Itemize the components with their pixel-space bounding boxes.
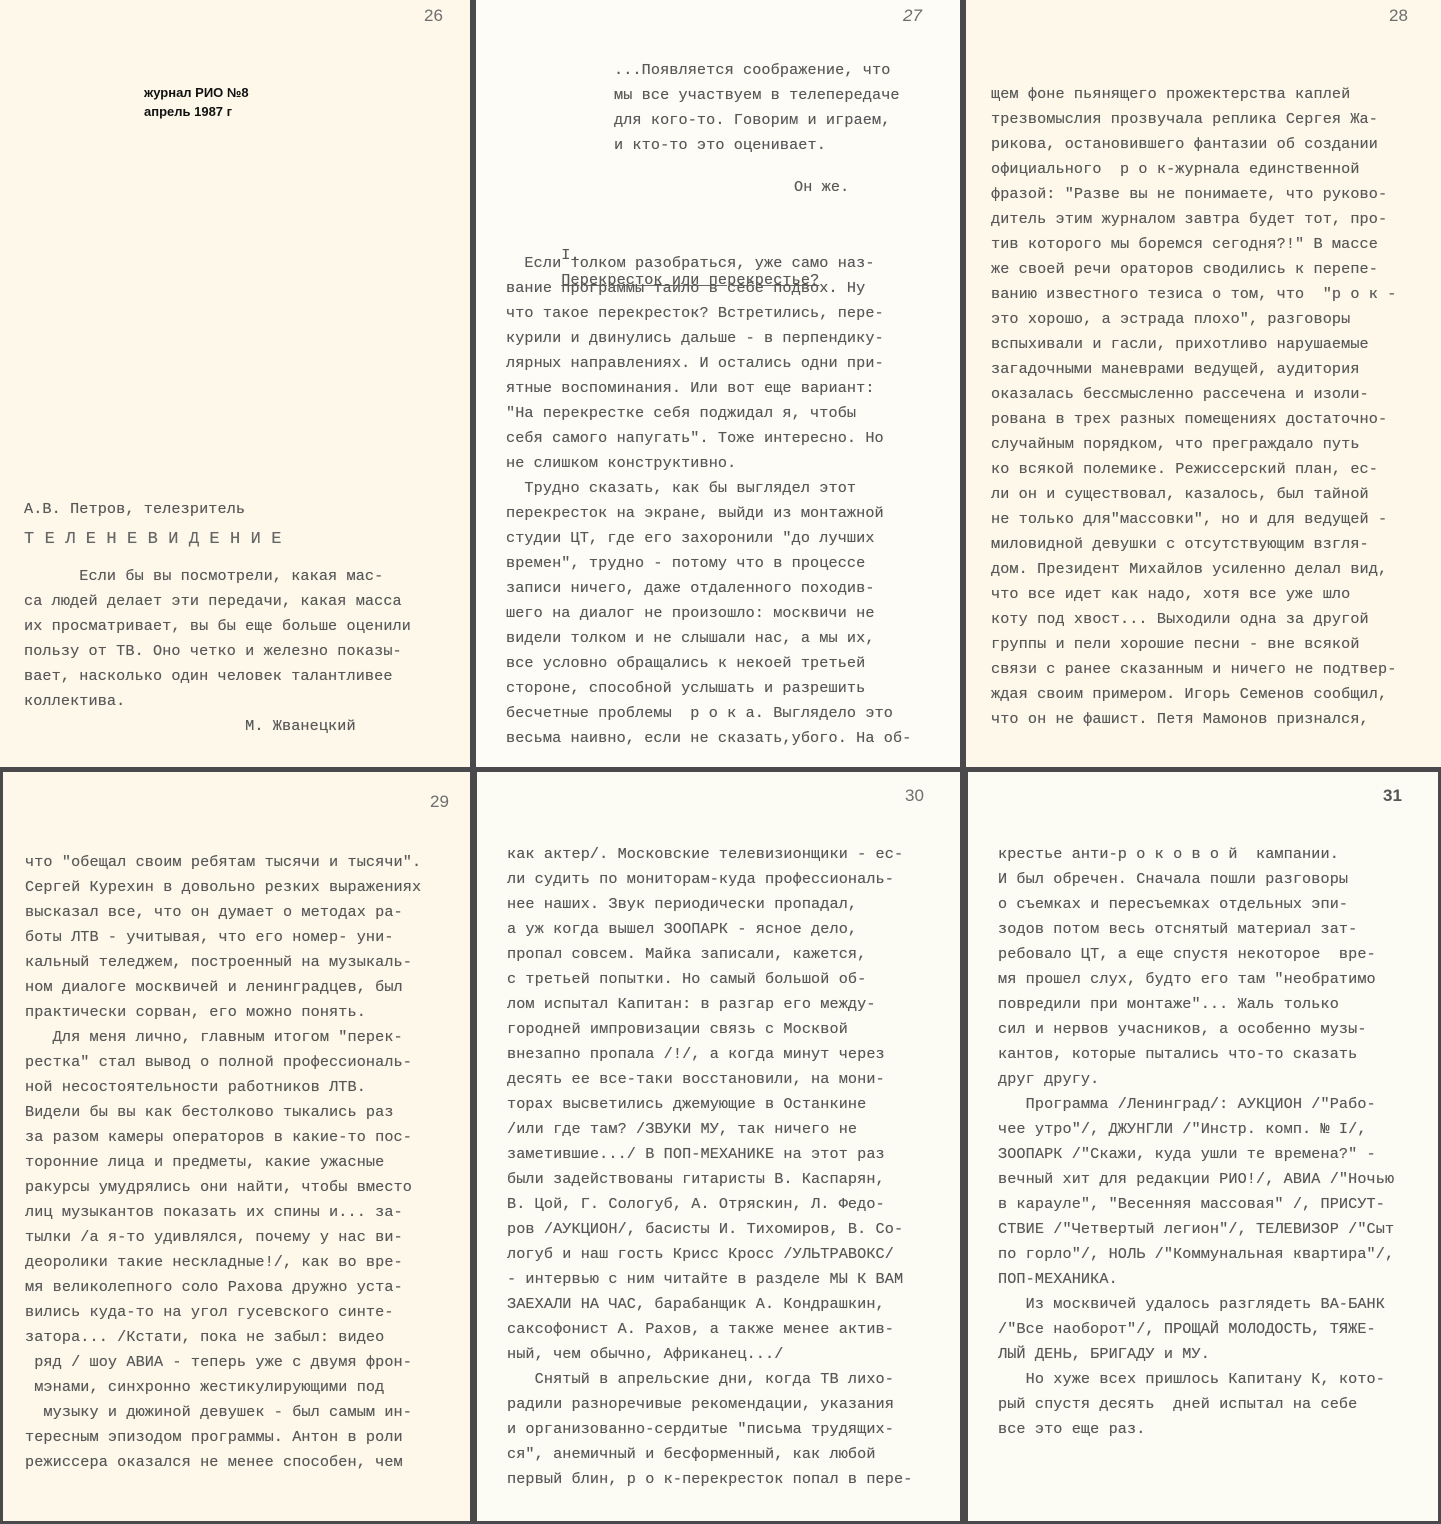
text-line: СТВИЕ /"Четвертый легион"/, ТЕЛЕВИЗОР /"… <box>998 1217 1394 1242</box>
page-28: 28 щем фоне пьянящего прожектерства капл… <box>966 0 1441 767</box>
body-text: Если толком разобраться, уже само наз-ва… <box>506 251 911 751</box>
text-line: В. Цой, Г. Сологуб, А. Отряскин, Л. Федо… <box>507 1192 912 1217</box>
text-line: ребовало ЦТ, а еще спустя некоторое вре- <box>998 942 1394 967</box>
text-line: вает, насколько один человек талантливее <box>24 664 411 689</box>
text-line: ли он и существовал, казалось, был тайно… <box>991 482 1396 507</box>
text-line: практически сорван, его можно понять. <box>25 1000 421 1025</box>
text-line: не слишком конструктивно. <box>506 451 911 476</box>
text-line: себя самого напугать". Тоже интересно. Н… <box>506 426 911 451</box>
text-line: за разом камеры операторов в какие-то по… <box>25 1125 421 1150</box>
text-line: ПОП-МЕХАНИКА. <box>998 1267 1394 1292</box>
text-line: лярных направлениях. И остались одни при… <box>506 351 911 376</box>
text-line: первый блин, р о к-перекресток попал в п… <box>507 1467 912 1492</box>
text-line: лом испытал Капитан: в разгар его между- <box>507 992 912 1017</box>
text-line: с третьей попытки. Но самый большой об- <box>507 967 912 992</box>
text-line: кантов, которые пытались что-то сказать <box>998 1042 1394 1067</box>
text-line: боты ЛТВ - учитывая, что его номер- уни- <box>25 925 421 950</box>
text-line: тылки /а я-то удивлялся, почему у нас ви… <box>25 1225 421 1250</box>
text-line: рикова, остановившего фантазии об создан… <box>991 132 1396 157</box>
text-line: коллектива. <box>24 689 411 714</box>
text-line: вание программы таило в себе подвох. Ну <box>506 276 911 301</box>
text-line: внезапно пропала /!/, а когда минут чере… <box>507 1042 912 1067</box>
text-line: весьма наивно, если не сказать,убого. На… <box>506 726 911 751</box>
journal-date: апрель 1987 г <box>144 102 249 121</box>
text-line: мэнами, синхронно жестикулирующими под <box>25 1375 421 1400</box>
text-line: Программа /Ленинград/: АУКЦИОН /"Рабо- <box>998 1092 1394 1117</box>
text-line: торонние лица и предметы, какие ужасные <box>25 1150 421 1175</box>
text-line: саксофонист А. Рахов, а также менее акти… <box>507 1317 912 1342</box>
text-line: курили и двинулись дальше - в перпендику… <box>506 326 911 351</box>
text-line: пропал совсем. Майка записали, кажется, <box>507 942 912 967</box>
text-line: тив которого мы боремся сегодня?!" В мас… <box>991 232 1396 257</box>
text-line: дом. Президент Михайлов усиленно делал в… <box>991 557 1396 582</box>
page-number: 31 <box>1383 786 1402 806</box>
text-line: это хорошо, а эстрада плохо", разговоры <box>991 307 1396 332</box>
quote-body: Если бы вы посмотрели, какая мас-са люде… <box>24 564 411 739</box>
text-line: вились куда-то на угол гусевского синте- <box>25 1300 421 1325</box>
text-line: ный, чем обычно, Африканец.../ <box>507 1342 912 1367</box>
text-line: И был обречен. Сначала пошли разговоры <box>998 867 1394 892</box>
text-line: записи ничего, даже отдаленного походив- <box>506 576 911 601</box>
text-line: случайным порядком, что преграждало путь <box>991 432 1396 457</box>
page-number: 28 <box>1389 6 1408 26</box>
text-line: заметившие.../ В ПОП-МЕХАНИКЕ на этот ра… <box>507 1142 912 1167</box>
text-line: нее наших. Звук периодически пропадал, <box>507 892 912 917</box>
text-line: кальный теледжем, построенный на музыкал… <box>25 950 421 975</box>
text-line: ракурсы умудрялись они найти, чтобы вмес… <box>25 1175 421 1200</box>
text-line: же своей речи ораторов сводились к переп… <box>991 257 1396 282</box>
epigraph-author: Он же. <box>794 175 849 200</box>
text-line: связи с ранее сказанным и ничего не подт… <box>991 657 1396 682</box>
text-line: Видели бы вы как бестолково тыкались раз <box>25 1100 421 1125</box>
page-29: 29 что "обещал своим ребятам тысячи и ты… <box>3 772 470 1521</box>
text-line: ЛЫЙ ДЕНЬ, БРИГАДУ и МУ. <box>998 1342 1394 1367</box>
text-line: ко всякой полемике. Режиссерский план, е… <box>991 457 1396 482</box>
text-line: фразой: "Разве вы не понимаете, что руко… <box>991 182 1396 207</box>
text-line: и организованно-сердитые "письма трудящи… <box>507 1417 912 1442</box>
text-line: мя прошел слух, будто его там "необратим… <box>998 967 1394 992</box>
text-line: ряд / шоу АВИА - теперь уже с двумя фрон… <box>25 1350 421 1375</box>
text-line: рестка" стал вывод о полной профессионал… <box>25 1050 421 1075</box>
text-line: студии ЦТ, где его захоронили "до лучших <box>506 526 911 551</box>
text-line: официального р о к-журнала единственной <box>991 157 1396 182</box>
text-line: крестье анти-р о к о в о й кампании. <box>998 842 1394 867</box>
text-line: перекресток на экране, выйди из монтажно… <box>506 501 911 526</box>
text-line: логуб и наш гость Крисс Кросс /УЛЬТРАВОК… <box>507 1242 912 1267</box>
text-line: лиц музыкантов показать их спины и... за… <box>25 1200 421 1225</box>
text-line: Снятый в апрельские дни, когда ТВ лихо- <box>507 1367 912 1392</box>
text-line: сил и нервов учасников, а особенно музы- <box>998 1017 1394 1042</box>
text-line: ся", анемичный и бесформенный, как любой <box>507 1442 912 1467</box>
text-line: Если толком разобраться, уже само наз- <box>506 251 911 276</box>
text-line: что "обещал своим ребятам тысячи и тысяч… <box>25 850 421 875</box>
text-line: ванию известного тезиса о том, что "р о … <box>991 282 1396 307</box>
text-line: радили разноречивые рекомендации, указан… <box>507 1392 912 1417</box>
text-line: музыку и дюжиной девушек - был самым ин- <box>25 1400 421 1425</box>
text-line: и кто-то это оценивает. <box>614 133 900 158</box>
text-line: Но хуже всех пришлось Капитану К, кото- <box>998 1367 1394 1392</box>
text-line: времен", трудно - потому что в процессе <box>506 551 911 576</box>
text-line: ли судить по мониторам-куда профессионал… <box>507 867 912 892</box>
text-line: тересным эпизодом программы. Антон в рол… <box>25 1425 421 1450</box>
text-line: высказал все, что он думает о методах ра… <box>25 900 421 925</box>
text-line: Если бы вы посмотрели, какая мас- <box>24 564 411 589</box>
text-line: чее утро"/, ДЖУНГЛИ /"Инстр. комп. № I/, <box>998 1117 1394 1142</box>
text-line: бесчетные проблемы р о к а. Выглядело эт… <box>506 701 911 726</box>
text-line: оказалась бессмысленно рассечена и изоли… <box>991 382 1396 407</box>
text-line: все это еще раз. <box>998 1417 1394 1442</box>
text-line: видели толком и не слышали нас, а мы их, <box>506 626 911 651</box>
text-line: "На перекрестке себя поджидал я, чтобы <box>506 401 911 426</box>
text-line: мы все участвуем в телепередаче <box>614 83 900 108</box>
page-number: 29 <box>430 792 449 812</box>
text-line: ной несостоятельности работников ЛТВ. <box>25 1075 421 1100</box>
text-line: Из москвичей удалось разглядеть ВА-БАНК <box>998 1292 1394 1317</box>
text-line: зодов потом весь отснятый материал зат- <box>998 917 1394 942</box>
body-text: что "обещал своим ребятам тысячи и тысяч… <box>25 850 421 1475</box>
text-line: как актер/. Московские телевизионщики - … <box>507 842 912 867</box>
text-line: для кого-то. Говорим и играем, <box>614 108 900 133</box>
page-number: 27 <box>903 6 922 26</box>
text-line: рый спустя десять дней испытал на себе <box>998 1392 1394 1417</box>
text-line: ном диалоге москвичей и ленинградцев, бы… <box>25 975 421 1000</box>
text-line: загадочными маневрами ведущей, аудитория <box>991 357 1396 382</box>
quote-attribution: А.В. Петров, телезритель <box>24 497 245 522</box>
text-line: М. Жванецкий <box>24 714 411 739</box>
text-line: щем фоне пьянящего прожектерства каплей <box>991 82 1396 107</box>
text-line: ЗАЕХАЛИ НА ЧАС, барабанщик А. Кондрашкин… <box>507 1292 912 1317</box>
page-27: 27 ...Появляется соображение, чтомы все … <box>476 0 960 767</box>
text-line: группы и пели хорошие песни - вне всякой <box>991 632 1396 657</box>
journal-stamp: журнал РИО №8 апрель 1987 г <box>144 83 249 121</box>
text-line: стороне, способной услышать и разрешить <box>506 676 911 701</box>
text-line: что такое перекресток? Встретились, пере… <box>506 301 911 326</box>
text-line: что он не фашист. Петя Мамонов признался… <box>991 707 1396 732</box>
attribution-line: А.В. Петров, телезритель <box>24 497 245 522</box>
text-line: а уж когда вышел ЗООПАРК - ясное дело, <box>507 917 912 942</box>
text-line: ятные воспоминания. Или вот еще вариант: <box>506 376 911 401</box>
text-line: были задействованы гитаристы В. Каспарян… <box>507 1167 912 1192</box>
text-line: друг другу. <box>998 1067 1394 1092</box>
epigraph: ...Появляется соображение, чтомы все уча… <box>614 58 900 158</box>
heading-line: Т Е Л Е Н Е В И Д Е Н И Е <box>24 527 282 552</box>
journal-title: журнал РИО №8 <box>144 83 249 102</box>
text-line: коту под хвост... Выходили одна за друго… <box>991 607 1396 632</box>
page-number: 26 <box>424 6 443 26</box>
text-line: дитель этим журналом завтра будет тот, п… <box>991 207 1396 232</box>
text-line: ров /АУКЦИОН/, басисты И. Тихомиров, В. … <box>507 1217 912 1242</box>
page-number: 30 <box>905 786 924 806</box>
text-line: Трудно сказать, как бы выглядел этот <box>506 476 911 501</box>
text-line: ЗООПАРК /"Скажи, куда ушли те времена?" … <box>998 1142 1394 1167</box>
text-line: о съемках и пересъемках отдельных эпи- <box>998 892 1394 917</box>
text-line: ...Появляется соображение, что <box>614 58 900 83</box>
page-26: 26 журнал РИО №8 апрель 1987 г А.В. Петр… <box>0 0 470 767</box>
text-line: ждая своим примером. Игорь Семенов сообщ… <box>991 682 1396 707</box>
text-line: все условно обращались к некоей третьей <box>506 651 911 676</box>
text-line: десять ее все-таки восстановили, на мони… <box>507 1067 912 1092</box>
text-line: - интервью с ним читайте в разделе МЫ К … <box>507 1267 912 1292</box>
text-line: шего на диалог не произошло: москвичи не <box>506 601 911 626</box>
page-30: 30 как актер/. Московские телевизионщики… <box>477 772 960 1521</box>
text-line: их просматривает, вы бы еще больше оцени… <box>24 614 411 639</box>
text-line: деоролики такие нескладные!/, как во вре… <box>25 1250 421 1275</box>
text-line: не только для"массовки", но и для ведуще… <box>991 507 1396 532</box>
body-text: как актер/. Московские телевизионщики - … <box>507 842 912 1492</box>
text-line: вечный хит для редакции РИО!/, АВИА /"Но… <box>998 1167 1394 1192</box>
text-line: /"Все наоборот"/, ПРОЩАЙ МОЛОДОСТЬ, ТЯЖЕ… <box>998 1317 1394 1342</box>
page-31: 31 крестье анти-р о к о в о й кампании.И… <box>968 772 1438 1521</box>
body-text: крестье анти-р о к о в о й кампании.И бы… <box>998 842 1394 1442</box>
text-line: миловидной девушки с отсутствующим взгля… <box>991 532 1396 557</box>
text-line: по горло"/, НОЛЬ /"Коммунальная квартира… <box>998 1242 1394 1267</box>
text-line: режиссера оказался не менее способен, че… <box>25 1450 421 1475</box>
text-line: пользу от ТВ. Оно четко и железно показы… <box>24 639 411 664</box>
text-line: в карауле", "Весенняя массовая" /, ПРИСУ… <box>998 1192 1394 1217</box>
text-line: вспыхивали и гасли, прихотливо нарушаемы… <box>991 332 1396 357</box>
text-line: /или где там? /ЗВУКИ МУ, так ничего не <box>507 1117 912 1142</box>
text-line: повредили при монтаже"... Жаль только <box>998 992 1394 1017</box>
body-text: щем фоне пьянящего прожектерства каплейт… <box>991 82 1396 732</box>
text-line: са людей делает эти передачи, какая масс… <box>24 589 411 614</box>
text-line: что все идет как надо, хотя все уже шло <box>991 582 1396 607</box>
text-line: городней импровизации связь с Москвой <box>507 1017 912 1042</box>
quote-heading: Т Е Л Е Н Е В И Д Е Н И Е <box>24 527 282 552</box>
text-line: рована в трех разных помещениях достаточ… <box>991 407 1396 432</box>
text-line: трезвомыслия прозвучала реплика Сергея Ж… <box>991 107 1396 132</box>
text-line: мя великолепного соло Рахова дружно уста… <box>25 1275 421 1300</box>
epigraph-author-line: Он же. <box>794 175 849 200</box>
text-line: Сергей Курехин в довольно резких выражен… <box>25 875 421 900</box>
text-line: Для меня лично, главным итогом "перек- <box>25 1025 421 1050</box>
text-line: торах высветились джемующие в Останкине <box>507 1092 912 1117</box>
text-line: затора... /Кстати, пока не забыл: видео <box>25 1325 421 1350</box>
